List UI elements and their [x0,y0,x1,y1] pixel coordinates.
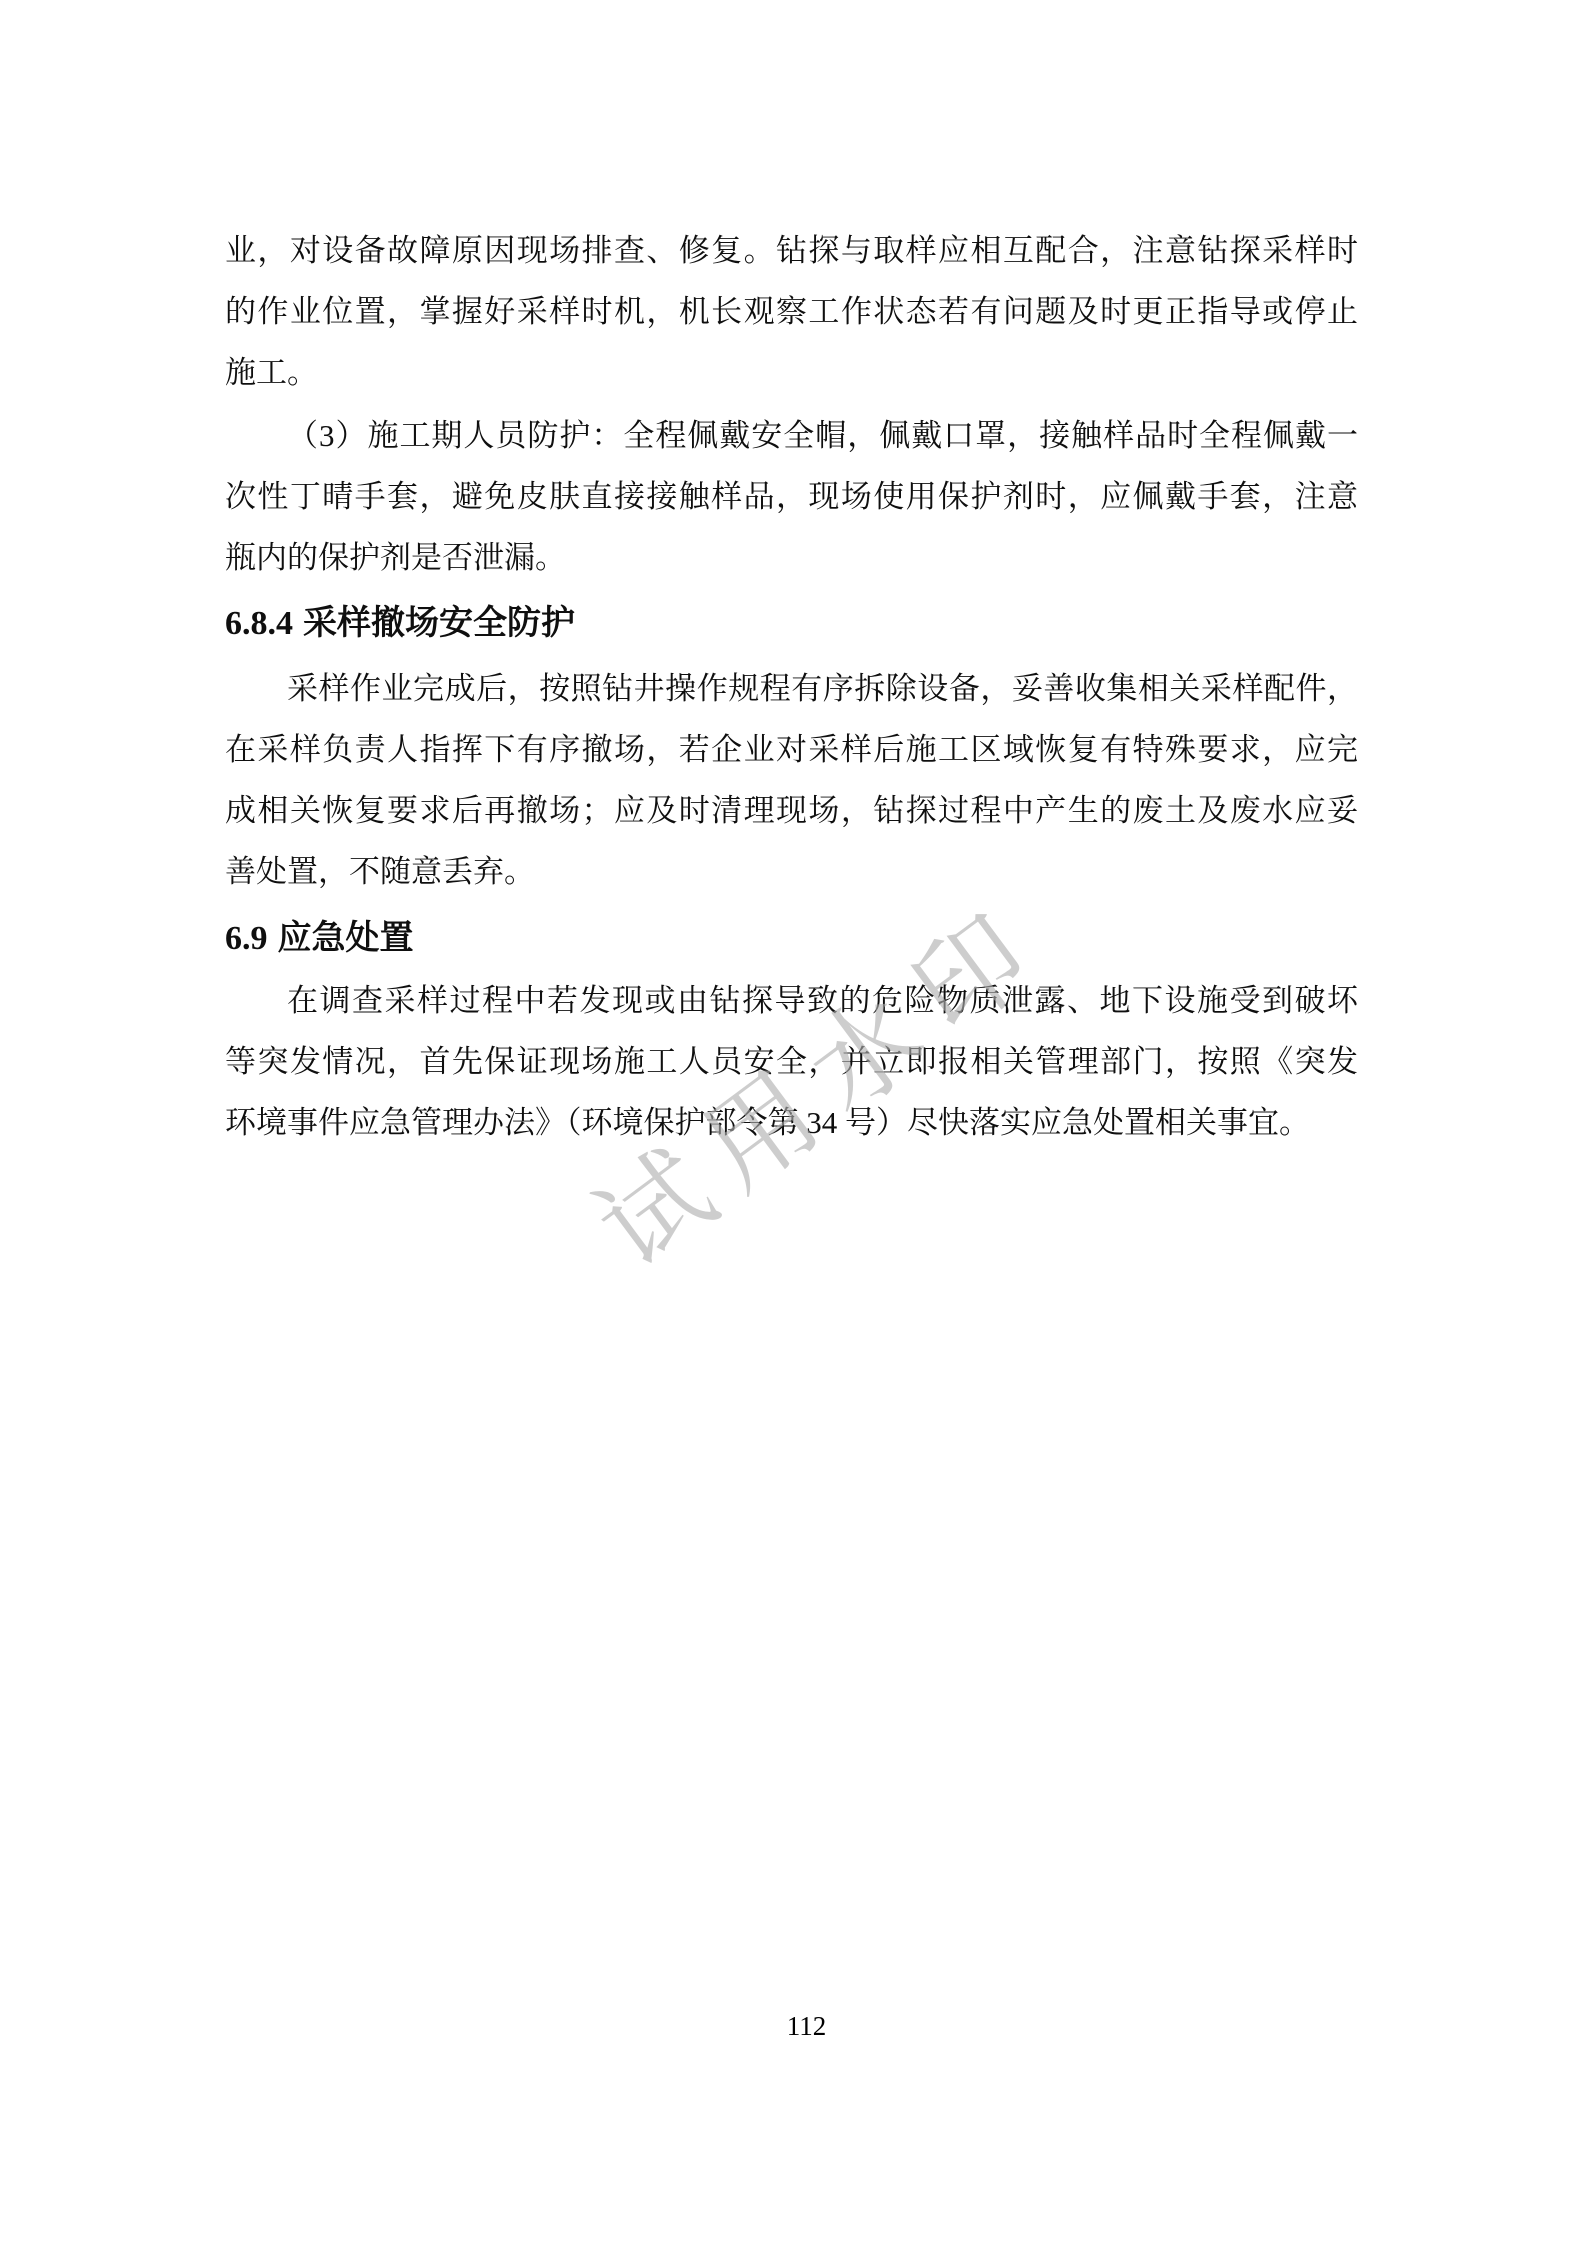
text-line: 善处置，不随意丢弃。 [225,841,1358,902]
text-line: 次性丁晴手套，避免皮肤直接接触样品，现场使用保护剂时，应佩戴手套，注意 [225,466,1358,527]
section-heading-6-9: 6.9应急处置 [225,908,1358,969]
heading-number: 6.8.4 [225,605,293,642]
text-line: 的作业位置，掌握好采样时机，机长观察工作状态若有问题及时更正指导或停止 [225,281,1358,342]
text-line: 采样作业完成后，按照钻井操作规程有序拆除设备，妥善收集相关采样配件， [225,658,1358,719]
text-line: 业，对设备故障原因现场排查、修复。钻探与取样应相互配合，注意钻探采样时 [225,220,1358,281]
heading-title: 采样撤场安全防护 [303,605,575,642]
text-line: 施工。 [225,342,1358,403]
page-number: 112 [225,2010,1358,2042]
text-line: 在调查采样过程中若发现或由钻探导致的危险物质泄露、地下设施受到破坏 [225,970,1358,1031]
text-line: （3）施工期人员防护：全程佩戴安全帽，佩戴口罩，接触样品时全程佩戴一 [225,405,1358,466]
paragraph-emergency-handling: 在调查采样过程中若发现或由钻探导致的危险物质泄露、地下设施受到破坏 等突发情况，… [225,970,1358,1153]
text-line: 成相关恢复要求后再撤场；应及时清理现场，钻探过程中产生的废土及废水应妥 [225,780,1358,841]
paragraph-equipment-repair: 业，对设备故障原因现场排查、修复。钻探与取样应相互配合，注意钻探采样时 的作业位… [225,220,1358,403]
paragraph-demobilization: 采样作业完成后，按照钻井操作规程有序拆除设备，妥善收集相关采样配件， 在采样负责… [225,658,1358,902]
heading-number: 6.9 [225,920,268,957]
document-page: 试用水印 业，对设备故障原因现场排查、修复。钻探与取样应相互配合，注意钻探采样时… [0,0,1587,2245]
paragraph-personnel-protection: （3）施工期人员防护：全程佩戴安全帽，佩戴口罩，接触样品时全程佩戴一 次性丁晴手… [225,405,1358,588]
text-line: 在采样负责人指挥下有序撤场，若企业对采样后施工区域恢复有特殊要求，应完 [225,719,1358,780]
text-line: 瓶内的保护剂是否泄漏。 [225,527,1358,588]
section-heading-6-8-4: 6.8.4采样撤场安全防护 [225,593,1358,654]
text-line: 等突发情况，首先保证现场施工人员安全，并立即报相关管理部门，按照《突发 [225,1031,1358,1092]
text-line: 环境事件应急管理办法》（环境保护部令第 34 号）尽快落实应急处置相关事宜。 [225,1092,1358,1153]
heading-title: 应急处置 [278,920,414,957]
